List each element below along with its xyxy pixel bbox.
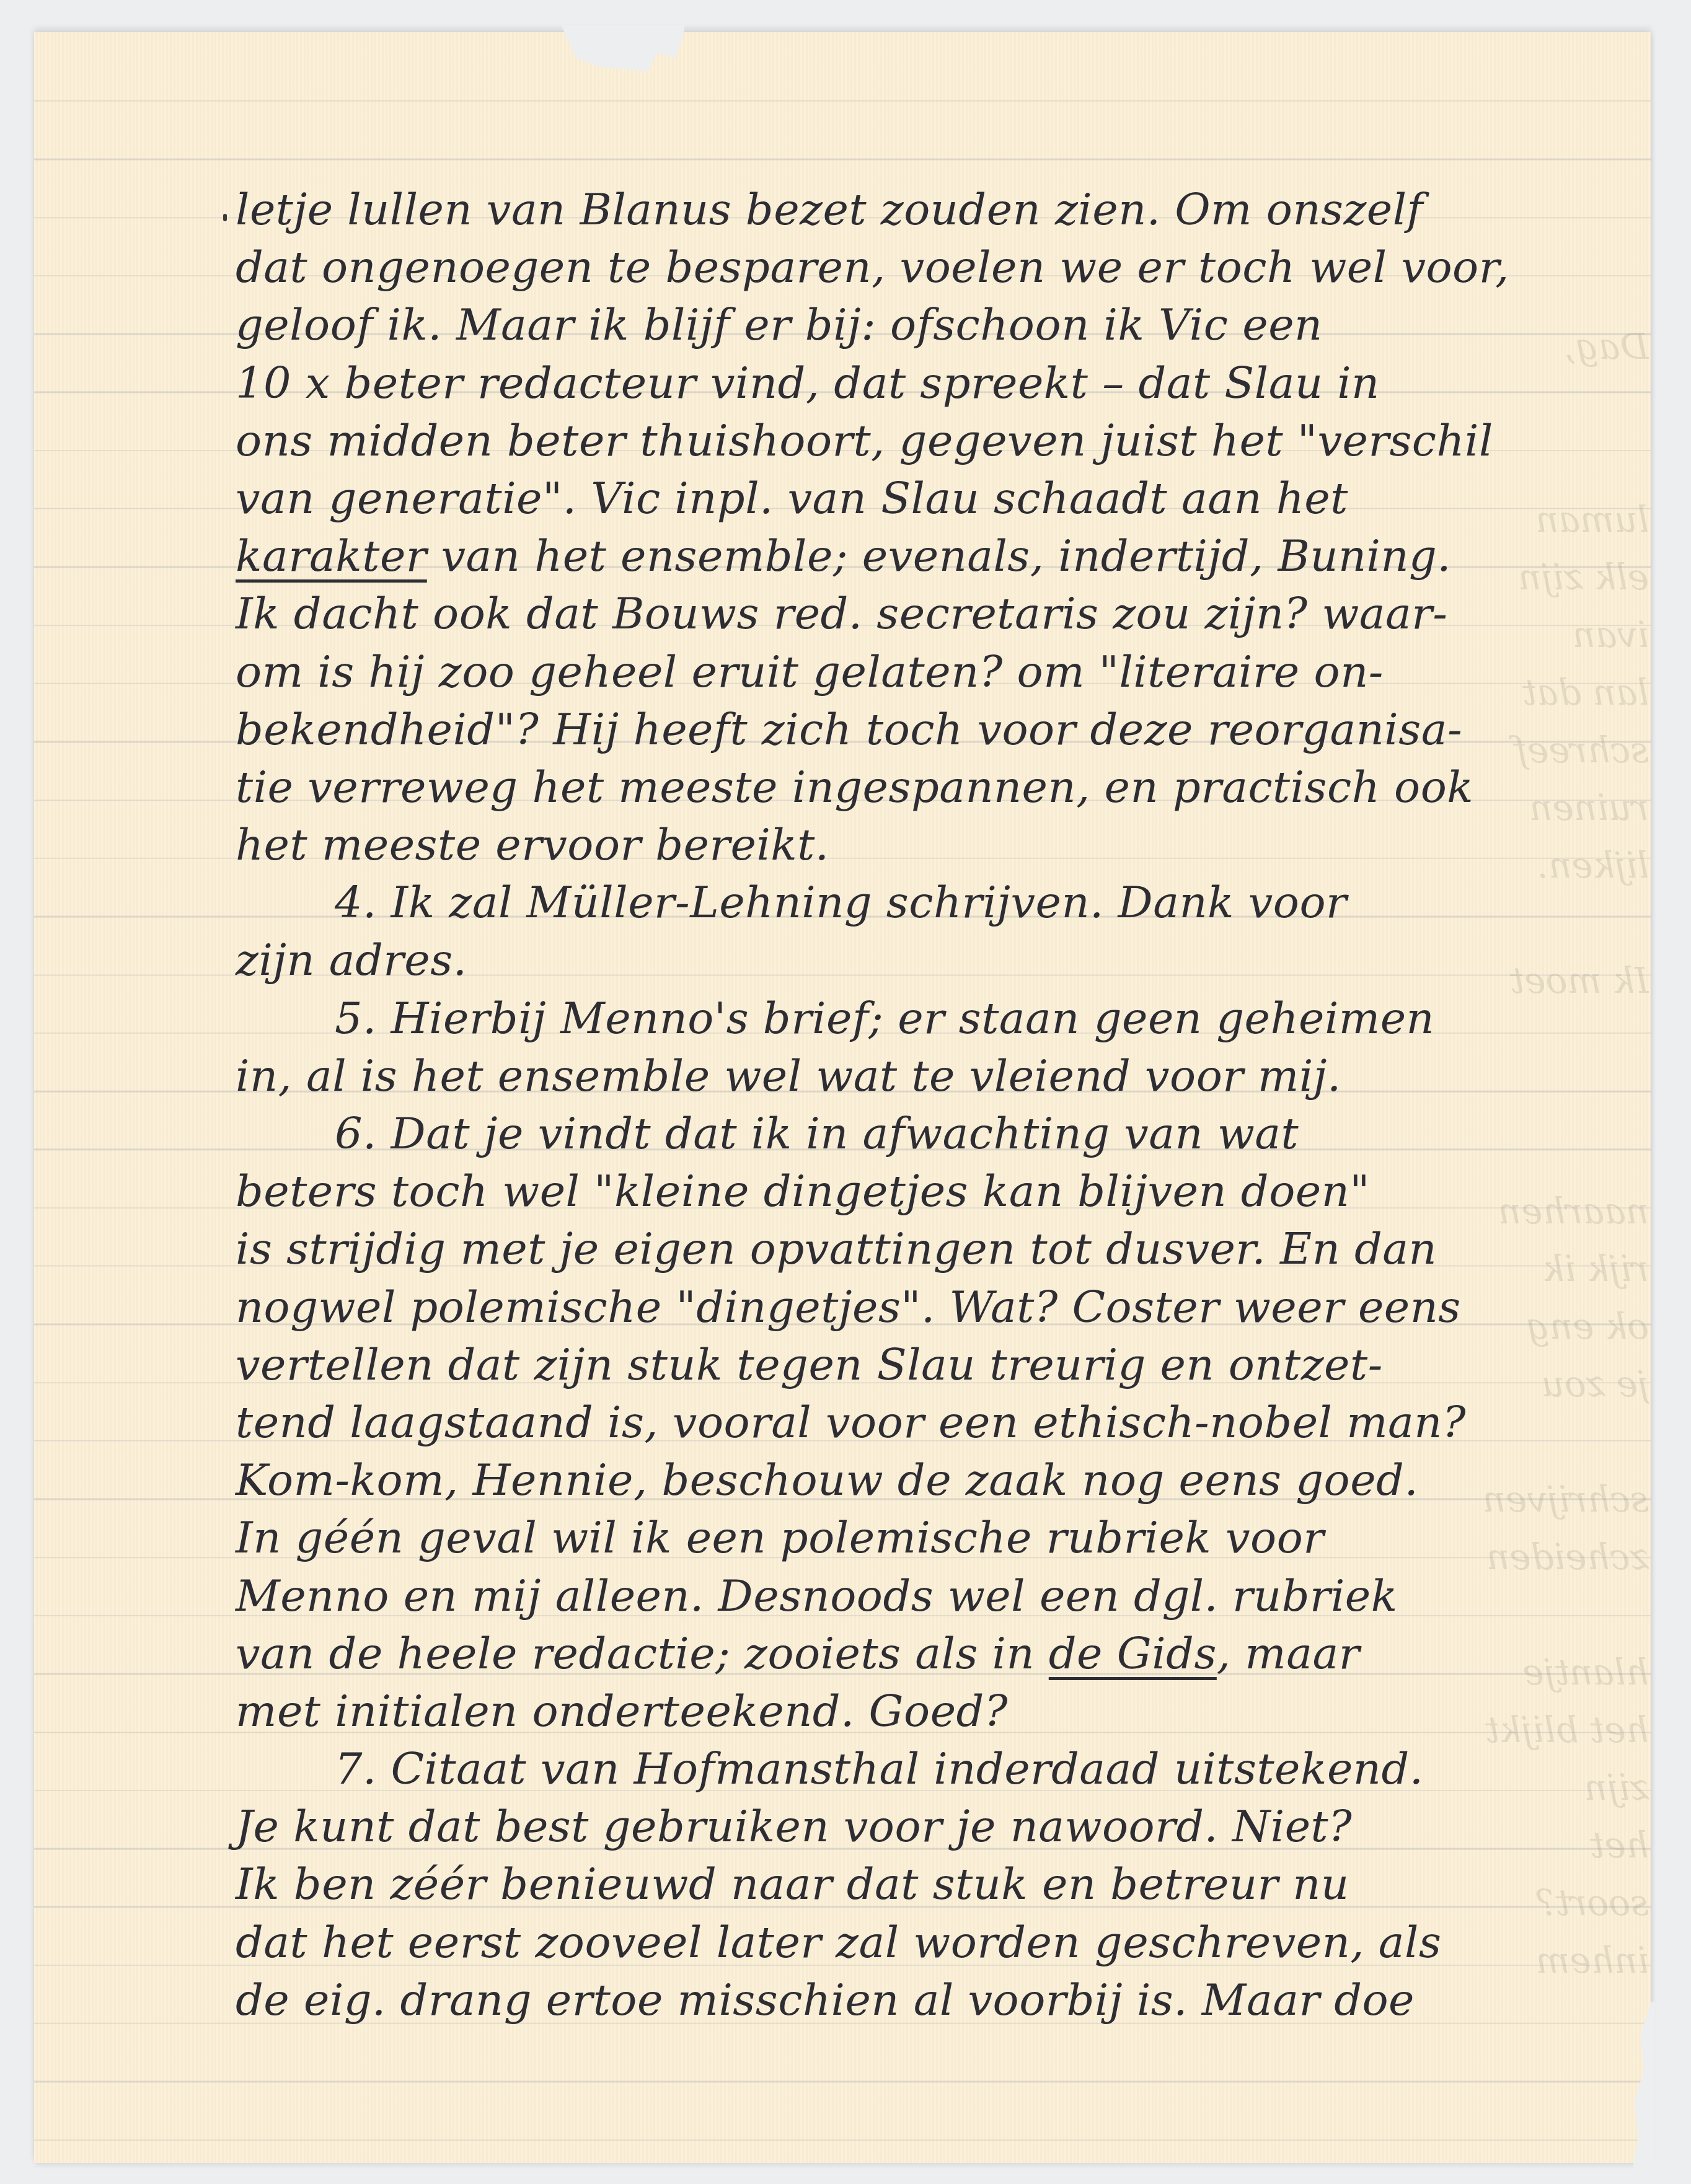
letter-line: Ik dacht ook dat Bouws red. secretaris z… (236, 585, 1630, 643)
letter-line: karakter van het ensemble; evenals, inde… (236, 527, 1630, 585)
letter-line: tend laagstaand is, vooral voor een ethi… (236, 1394, 1630, 1451)
letter-line: tie verreweg het meeste ingespannen, en … (236, 759, 1630, 816)
numbered-point-5: 5. Hierbij Menno's brief; er staan geen … (236, 990, 1630, 1047)
line-rest: van het ensemble; evenals, indertijd, Bu… (427, 531, 1451, 581)
letter-line: het meeste ervoor bereikt. (236, 816, 1630, 874)
line-start: van de heele redactie; zooiets als in (236, 1628, 1049, 1679)
underlined-title: de Gids (1049, 1628, 1217, 1679)
underlined-word: karakter (236, 531, 427, 581)
numbered-point-4: 4. Ik zal Müller-Lehning schrijven. Dank… (236, 874, 1630, 931)
letter-line: ons midden beter thuishoort, gegeven jui… (236, 412, 1630, 470)
letter-line: nogwel polemische "dingetjes". Wat? Cost… (236, 1279, 1630, 1336)
letter-line: letje lullen van Blanus bezet zouden zie… (236, 181, 1630, 239)
line-rest: , maar (1217, 1628, 1360, 1679)
letter-line: van de heele redactie; zooiets als in de… (236, 1625, 1630, 1683)
letter-line: Ik ben zéér benieuwd naar dat stuk en be… (236, 1856, 1630, 1913)
margin-dot (223, 214, 227, 221)
letter-line: beters toch wel "kleine dingetjes kan bl… (236, 1163, 1630, 1220)
letter-body: letje lullen van Blanus bezet zouden zie… (236, 181, 1630, 2029)
letter-line: de eig. drang ertoe misschien al voorbij… (236, 1971, 1630, 2029)
letter-line: met initialen onderteekend. Goed? (236, 1683, 1630, 1740)
letter-line: In géén geval wil ik een polemische rubr… (236, 1509, 1630, 1567)
letter-line: vertellen dat zijn stuk tegen Slau treur… (236, 1336, 1630, 1394)
numbered-point-6: 6. Dat je vindt dat ik in afwachting van… (236, 1105, 1630, 1163)
letter-line: Kom-kom, Hennie, beschouw de zaak nog ee… (236, 1451, 1630, 1509)
letter-line: dat ongenoegen te besparen, voelen we er… (236, 239, 1630, 296)
letter-line: van generatie". Vic inpl. van Slau schaa… (236, 470, 1630, 527)
letter-line: is strijdig met je eigen opvattingen tot… (236, 1220, 1630, 1278)
letter-line: om is hij zoo geheel eruit gelaten? om "… (236, 643, 1630, 701)
letter-line: zijn adres. (236, 931, 1630, 989)
letter-line: dat het eerst zooveel later zal worden g… (236, 1914, 1630, 1971)
numbered-point-7: 7. Citaat van Hofmansthal inderdaad uits… (236, 1740, 1630, 1798)
letter-line: Je kunt dat best gebruiken voor je nawoo… (236, 1798, 1630, 1856)
letter-line: Menno en mij alleen. Desnoods wel een dg… (236, 1567, 1630, 1625)
letter-line: in, al is het ensemble wel wat te vleien… (236, 1047, 1630, 1105)
letter-line: bekendheid"? Hij heeft zich toch voor de… (236, 701, 1630, 759)
letter-line: 10 x beter redacteur vind, dat spreekt –… (236, 354, 1630, 412)
letter-line: geloof ik. Maar ik blijf er bij: ofschoo… (236, 296, 1630, 354)
